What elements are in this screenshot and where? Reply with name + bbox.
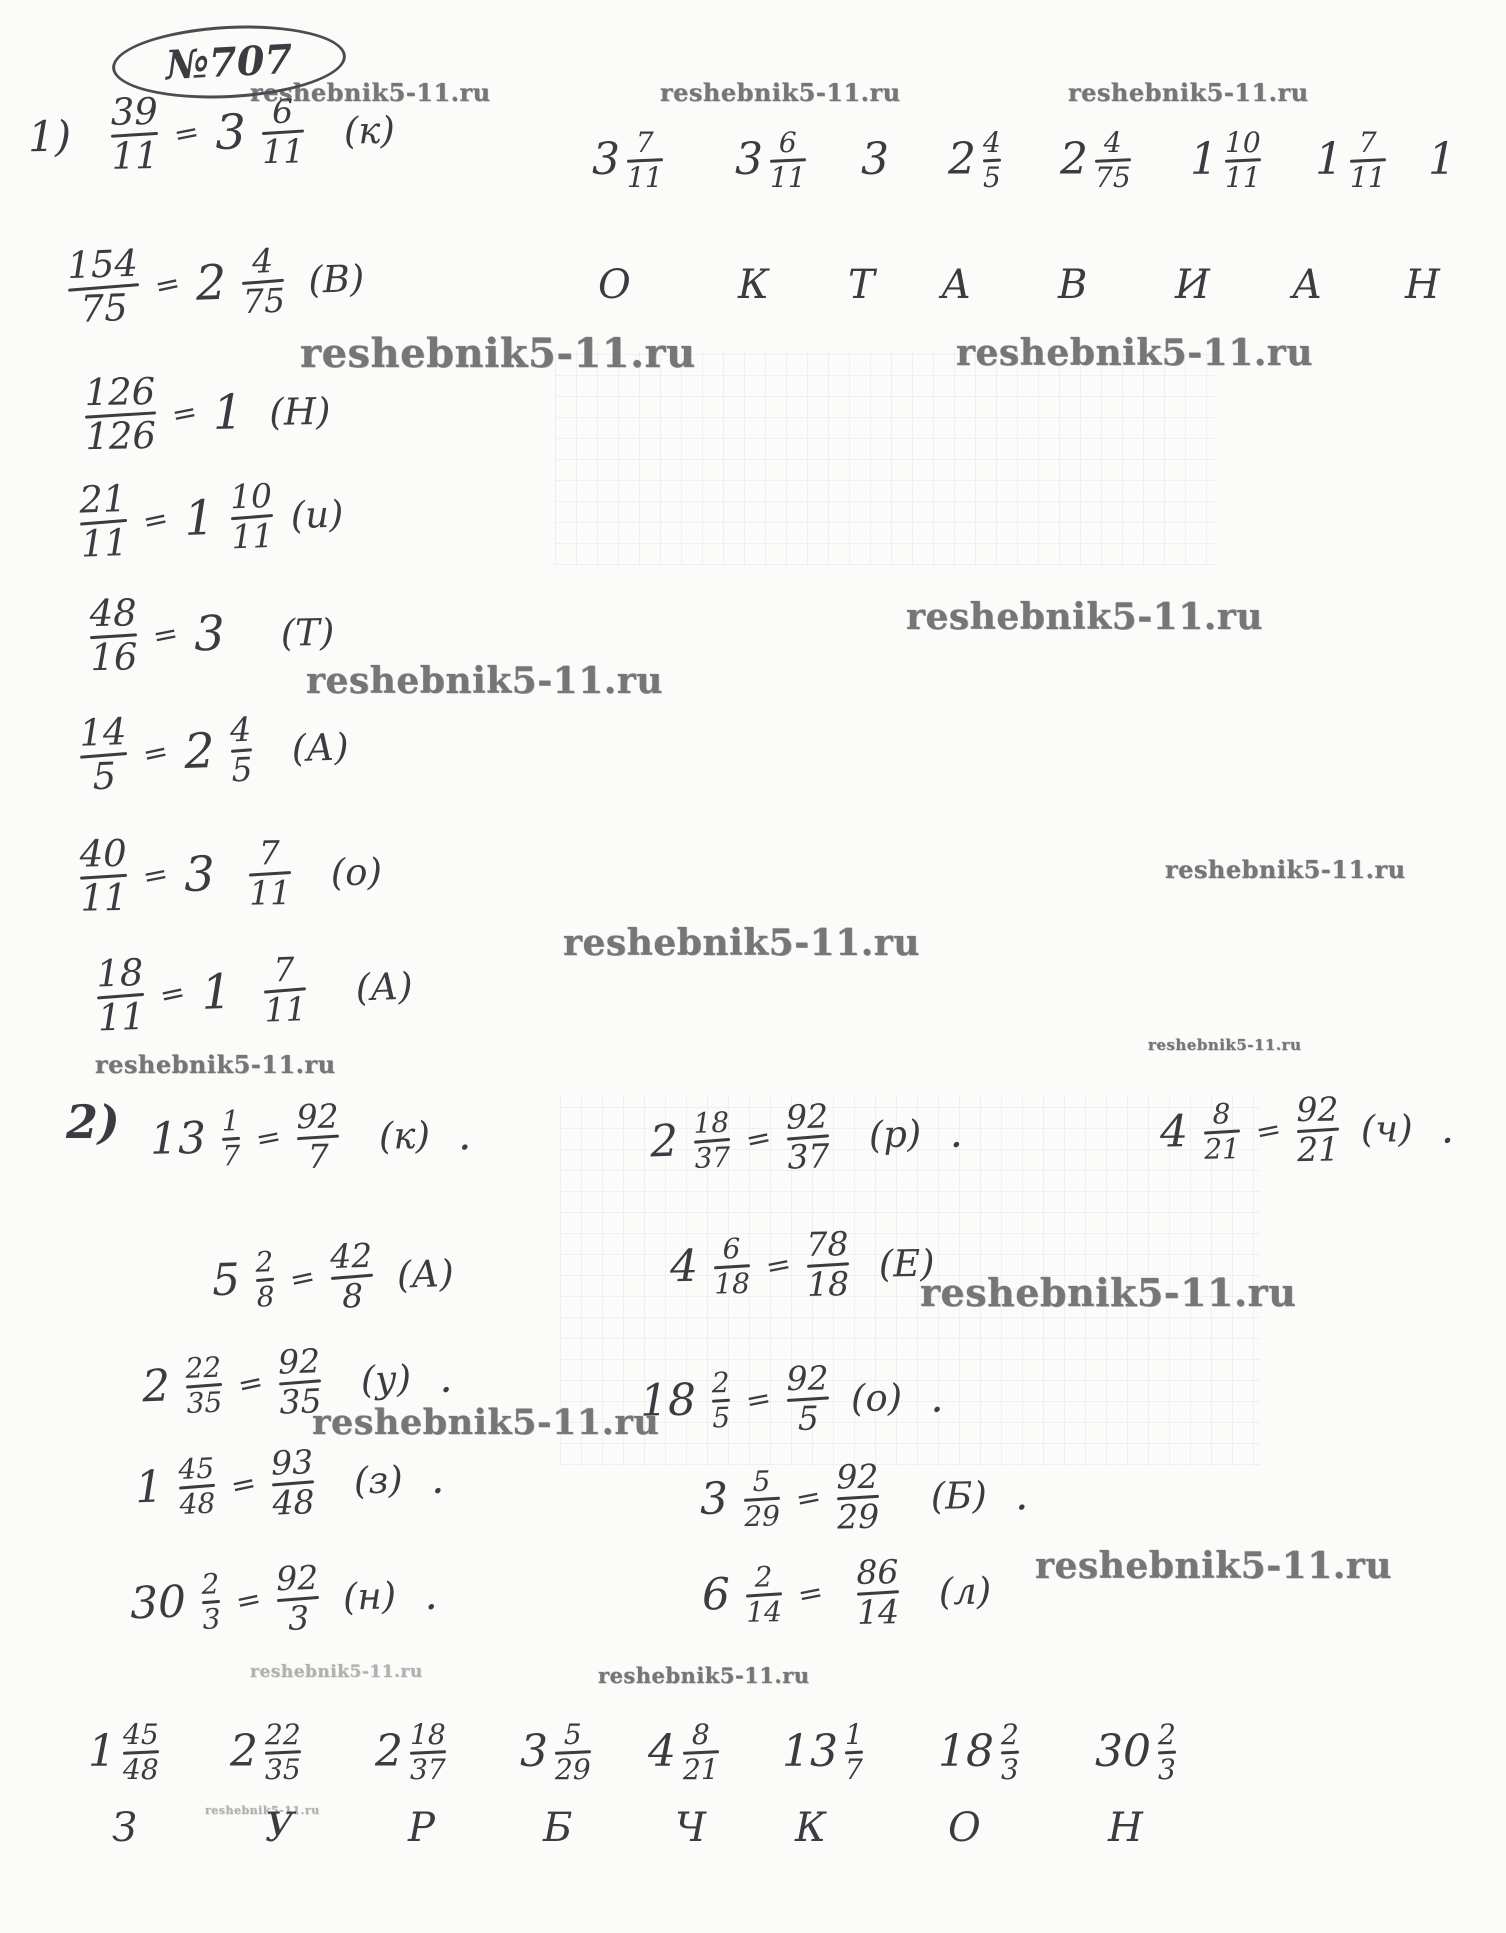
answer-letter: К [738,262,769,308]
fraction: 1011 [1225,128,1261,192]
watermark: reshebnik5-11.ru [250,1662,423,1682]
answer-letter: Н [1405,262,1440,308]
fraction: 23 [201,1570,221,1634]
equation-row: 126126 = 1 (Н) [84,370,331,457]
fraction: 927 [296,1100,339,1175]
equation-row: 18 25 = 925 (о) . [639,1359,944,1439]
fraction: 821 [683,1720,719,1784]
fraction: 618 [713,1234,750,1298]
answer-letter: Ч [675,1805,706,1851]
answer-letter: (А) [396,1251,454,1296]
fraction: 1011 [229,479,274,555]
period: . [1440,1103,1454,1152]
answer-letter: Р [408,1805,435,1851]
equation-row: 15475 = 2 475 (В) [67,237,366,330]
fraction: 821 [1203,1099,1240,1163]
answer-letter: (у) [360,1357,412,1402]
fraction: 4548 [178,1454,216,1519]
fraction: 4816 [89,594,138,677]
equation-row: 2 1837 = 9237 (р) . [649,1095,964,1180]
equation-row: 3 529 = 9229 (Б) . [699,1457,1028,1537]
whole-number: 2 [183,727,215,776]
equals-sign: = [171,114,202,153]
answer-cell: 2 2235 [230,1700,301,1804]
whole-number: 1 [183,494,215,543]
answer-letter: (к) [379,1114,431,1158]
equals-sign: = [150,616,181,655]
fraction: 15475 [67,245,140,330]
fraction: 4011 [79,835,128,918]
answer-letter: (Т) [280,611,334,655]
watermark: reshebnik5-11.ru [920,1270,1296,1315]
equals-sign: = [157,974,189,1013]
answer-letter: (р) [868,1112,922,1157]
fraction: 2235 [185,1353,223,1418]
answer-cell: 3 611 [735,108,806,212]
fraction: 9348 [270,1445,315,1521]
answer-letter: З [112,1805,137,1851]
equals-sign: = [743,1380,774,1419]
equation-row: 30 23 = 923 (н) . [129,1557,439,1642]
fraction: 3911 [110,93,159,176]
part2-label: 2) [66,1095,120,1149]
answer-letter: (Н) [269,390,331,434]
fraction: 1811 [96,954,146,1038]
watermark: reshebnik5-11.ru [205,1804,320,1817]
answer-letter: (ч) [1360,1107,1413,1151]
answer-letter: О [598,262,631,308]
period: . [430,1453,445,1502]
watermark: reshebnik5-11.ru [306,660,663,702]
equals-sign: = [140,734,172,773]
fraction: 17 [845,1720,863,1784]
fraction: 2111 [79,480,129,564]
watermark: reshebnik5-11.ru [1068,78,1309,107]
watermark: reshebnik5-11.ru [598,1663,810,1688]
answer-letter: А [941,262,971,308]
equation-row: 4011 = 3 711 (о) [79,830,382,918]
watermark: reshebnik5-11.ru [1148,1036,1301,1054]
equation-row: 4 618 = 7818 (Е) [669,1226,935,1305]
period: . [930,1372,944,1421]
answer-cell: 4 821 [648,1700,719,1804]
whole-number: 1 [212,389,243,438]
whole-number: 2 [195,259,227,308]
answer-letter: (А) [355,964,413,1009]
equation-row: 1811 = 1 711 (А) [96,945,414,1039]
fraction: 9235 [277,1344,322,1420]
fraction: 126126 [84,373,156,457]
watermark: reshebnik5-11.ru [956,332,1313,374]
fraction: 7818 [806,1227,849,1302]
equation-row: 2111 = 1 1011 (и) [79,472,345,564]
equation-row: 4 821 = 9221 (ч) . [1159,1090,1454,1169]
equation-row: 6 214 = 8614 (л) [701,1553,991,1632]
fraction: 529 [555,1720,591,1784]
answer-cell: 1 4548 [88,1700,159,1804]
fraction: 475 [1095,128,1131,192]
watermark: reshebnik5-11.ru [300,330,696,377]
fraction: 1837 [693,1108,731,1173]
watermark: reshebnik5-11.ru [660,78,901,107]
fraction: 611 [770,128,806,192]
fraction: 214 [745,1562,782,1626]
task-number: №707 [164,35,293,89]
answer-letter: Т [848,262,875,308]
watermark: reshebnik5-11.ru [95,1050,336,1079]
answer-letter: (и) [290,492,344,537]
answer-cell: 1 [1428,108,1456,212]
equals-sign: = [151,265,183,304]
fraction: 711 [627,128,663,192]
fraction: 28 [255,1247,275,1311]
answer-cell: 2 45 [948,108,1001,212]
fraction: 925 [786,1361,829,1436]
fraction: 1837 [410,1720,446,1784]
answer-letter: (з) [353,1458,404,1503]
answer-cell: 1 1011 [1190,108,1261,212]
fraction: 9221 [1296,1092,1339,1167]
fraction: 711 [1350,128,1386,192]
equals-sign: = [793,1479,824,1518]
answer-letter: О [948,1805,981,1851]
part1-label: 1) [28,111,72,161]
fraction: 711 [248,836,291,911]
answer-letter: Н [1108,1805,1143,1851]
period: . [438,1352,453,1401]
watermark: reshebnik5-11.ru [1035,1545,1392,1587]
whole-number: 3 [194,610,225,659]
equation-row: 145 = 2 45 (А) [79,705,350,797]
period: . [457,1110,471,1159]
fraction: 9229 [836,1460,879,1535]
answer-letter: (к) [343,109,395,153]
equation-row: 4816 = 3 (Т) [89,591,335,678]
equation-row: 1) 3911 = 3 611 (к) [27,89,395,178]
period: . [948,1107,963,1156]
whole-number: 3 [215,109,246,158]
answer-letter: (А) [291,725,349,770]
equals-sign: = [169,394,200,433]
answer-letter: И [1175,262,1210,308]
answer-letter: (о) [330,850,382,894]
answer-cell: 30 23 [1095,1700,1176,1804]
watermark: reshebnik5-11.ru [563,922,920,964]
equals-sign: = [795,1574,826,1613]
answer-cell: 1 711 [1315,108,1386,212]
answer-cell: 18 23 [938,1700,1019,1804]
equals-sign: = [234,1364,266,1403]
fraction: 711 [262,952,307,1028]
equals-sign: = [763,1246,794,1285]
answer-letter: В [1058,262,1087,308]
fraction: 8614 [856,1555,899,1630]
fraction: 25 [711,1368,730,1432]
graph-grid-patch [555,350,1215,565]
fraction: 17 [221,1106,240,1170]
fraction: 475 [241,244,286,320]
equals-sign: = [232,1581,264,1620]
fraction: 529 [743,1467,780,1531]
equals-sign: = [140,501,172,540]
answer-cell: 3 [861,108,889,212]
fraction: 4548 [123,1720,159,1784]
equals-sign: = [227,1465,259,1504]
fraction: 611 [261,95,304,170]
equals-sign: = [742,1119,774,1158]
equals-sign: = [1253,1111,1284,1150]
answer-letter: (о) [851,1376,903,1420]
fraction: 145 [79,713,129,797]
answer-letter: А [1292,262,1322,308]
answer-letter: У [265,1805,294,1851]
fraction: 9237 [785,1099,830,1175]
equals-sign: = [253,1118,284,1157]
answer-letter: (л) [938,1569,991,1613]
fraction: 923 [276,1561,321,1637]
watermark: reshebnik5-11.ru [906,596,1263,638]
answer-letter: (н) [342,1574,397,1619]
fraction: 23 [1001,1720,1019,1784]
equals-sign: = [286,1258,318,1297]
whole-number: 3 [184,851,215,900]
fraction: 45 [983,128,1001,192]
scanned-homework-page: reshebnik5-11.ru reshebnik5-11.ru resheb… [0,0,1506,1933]
fraction: 45 [229,713,253,788]
fraction: 23 [1158,1720,1176,1784]
answer-letter: Б [543,1805,572,1851]
answer-cell: 2 1837 [375,1700,446,1804]
answer-letter: К [795,1805,826,1851]
period: . [1014,1470,1028,1519]
answer-cell: 13 17 [782,1700,863,1804]
answer-letter: (В) [308,257,366,302]
fraction: 428 [330,1239,375,1315]
answer-letter: (Б) [930,1474,987,1518]
period: . [423,1569,438,1618]
answer-cell: 2 475 [1060,108,1131,212]
whole-number: 1 [200,968,232,1017]
answer-cell: 3 711 [592,108,663,212]
answer-cell: 3 529 [520,1700,591,1804]
watermark: reshebnik5-11.ru [1165,855,1406,884]
answer-letter: (Е) [878,1241,935,1285]
equation-row: 2 2235 = 9235 (у) . [141,1340,454,1425]
equation-row: 5 28 = 428 (А) [211,1236,455,1319]
equals-sign: = [140,856,171,895]
fraction: 2235 [265,1720,301,1784]
equation-row: 13 17 = 927 (к) . [149,1097,472,1177]
equation-row: 1 4548 = 9348 (з) . [134,1441,446,1526]
